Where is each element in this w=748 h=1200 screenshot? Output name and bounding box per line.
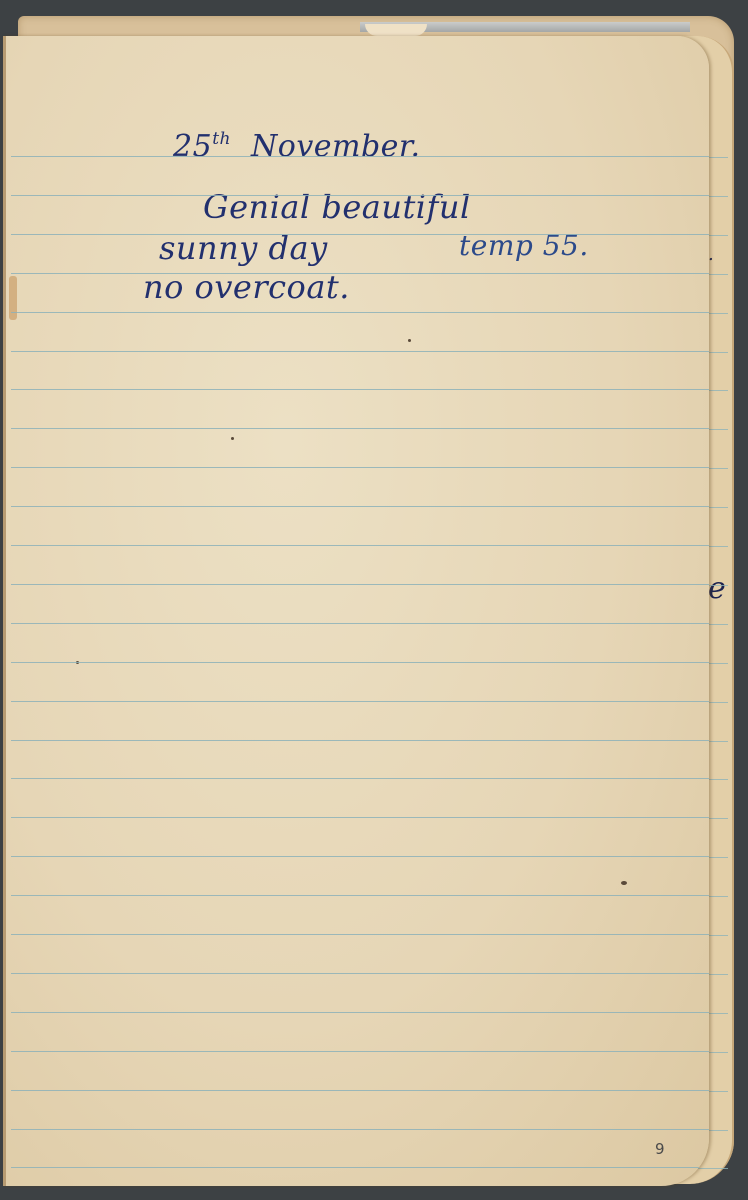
page-binding [3, 36, 6, 1186]
tape-tear [365, 24, 427, 36]
date-day: 25 [173, 129, 212, 164]
date-suffix: th [212, 129, 231, 149]
notebook-page: 25th November. Genial beautiful sunny da… [3, 36, 709, 1186]
rule-line [11, 1012, 709, 1013]
rule-line [11, 817, 709, 818]
page-number: 9 [655, 1140, 665, 1158]
ink-speck [231, 437, 234, 440]
rule-line [11, 1051, 709, 1052]
rule-line [11, 623, 709, 624]
rule-line [11, 545, 709, 546]
rule-line [11, 351, 709, 352]
rule-line [11, 312, 709, 313]
rule-line [11, 1129, 709, 1130]
entry-line-3: no overcoat. [143, 268, 350, 306]
ink-speck [621, 881, 627, 885]
paper-stain [9, 276, 17, 320]
rule-line [11, 1090, 709, 1091]
rule-line [11, 273, 709, 274]
rule-line [11, 234, 709, 235]
entry-date: 25th November. [173, 129, 421, 164]
rule-line [11, 467, 709, 468]
date-month: November. [251, 129, 421, 164]
rule-line [11, 895, 709, 896]
rule-line [11, 740, 709, 741]
rule-line [11, 506, 709, 507]
rule-line [11, 389, 709, 390]
rule-line [11, 195, 709, 196]
rule-line [11, 934, 709, 935]
rule-line [11, 973, 709, 974]
rule-line [11, 778, 709, 779]
rule-line [11, 1167, 709, 1168]
rule-line [11, 856, 709, 857]
ink-speck [408, 339, 411, 342]
margin-mark-middle: e [708, 571, 726, 606]
entry-line-1: Genial beautiful [203, 188, 471, 226]
rule-line [11, 584, 709, 585]
rule-line [11, 662, 709, 663]
rule-line [11, 701, 709, 702]
rule-line [11, 156, 709, 157]
rule-line [11, 428, 709, 429]
